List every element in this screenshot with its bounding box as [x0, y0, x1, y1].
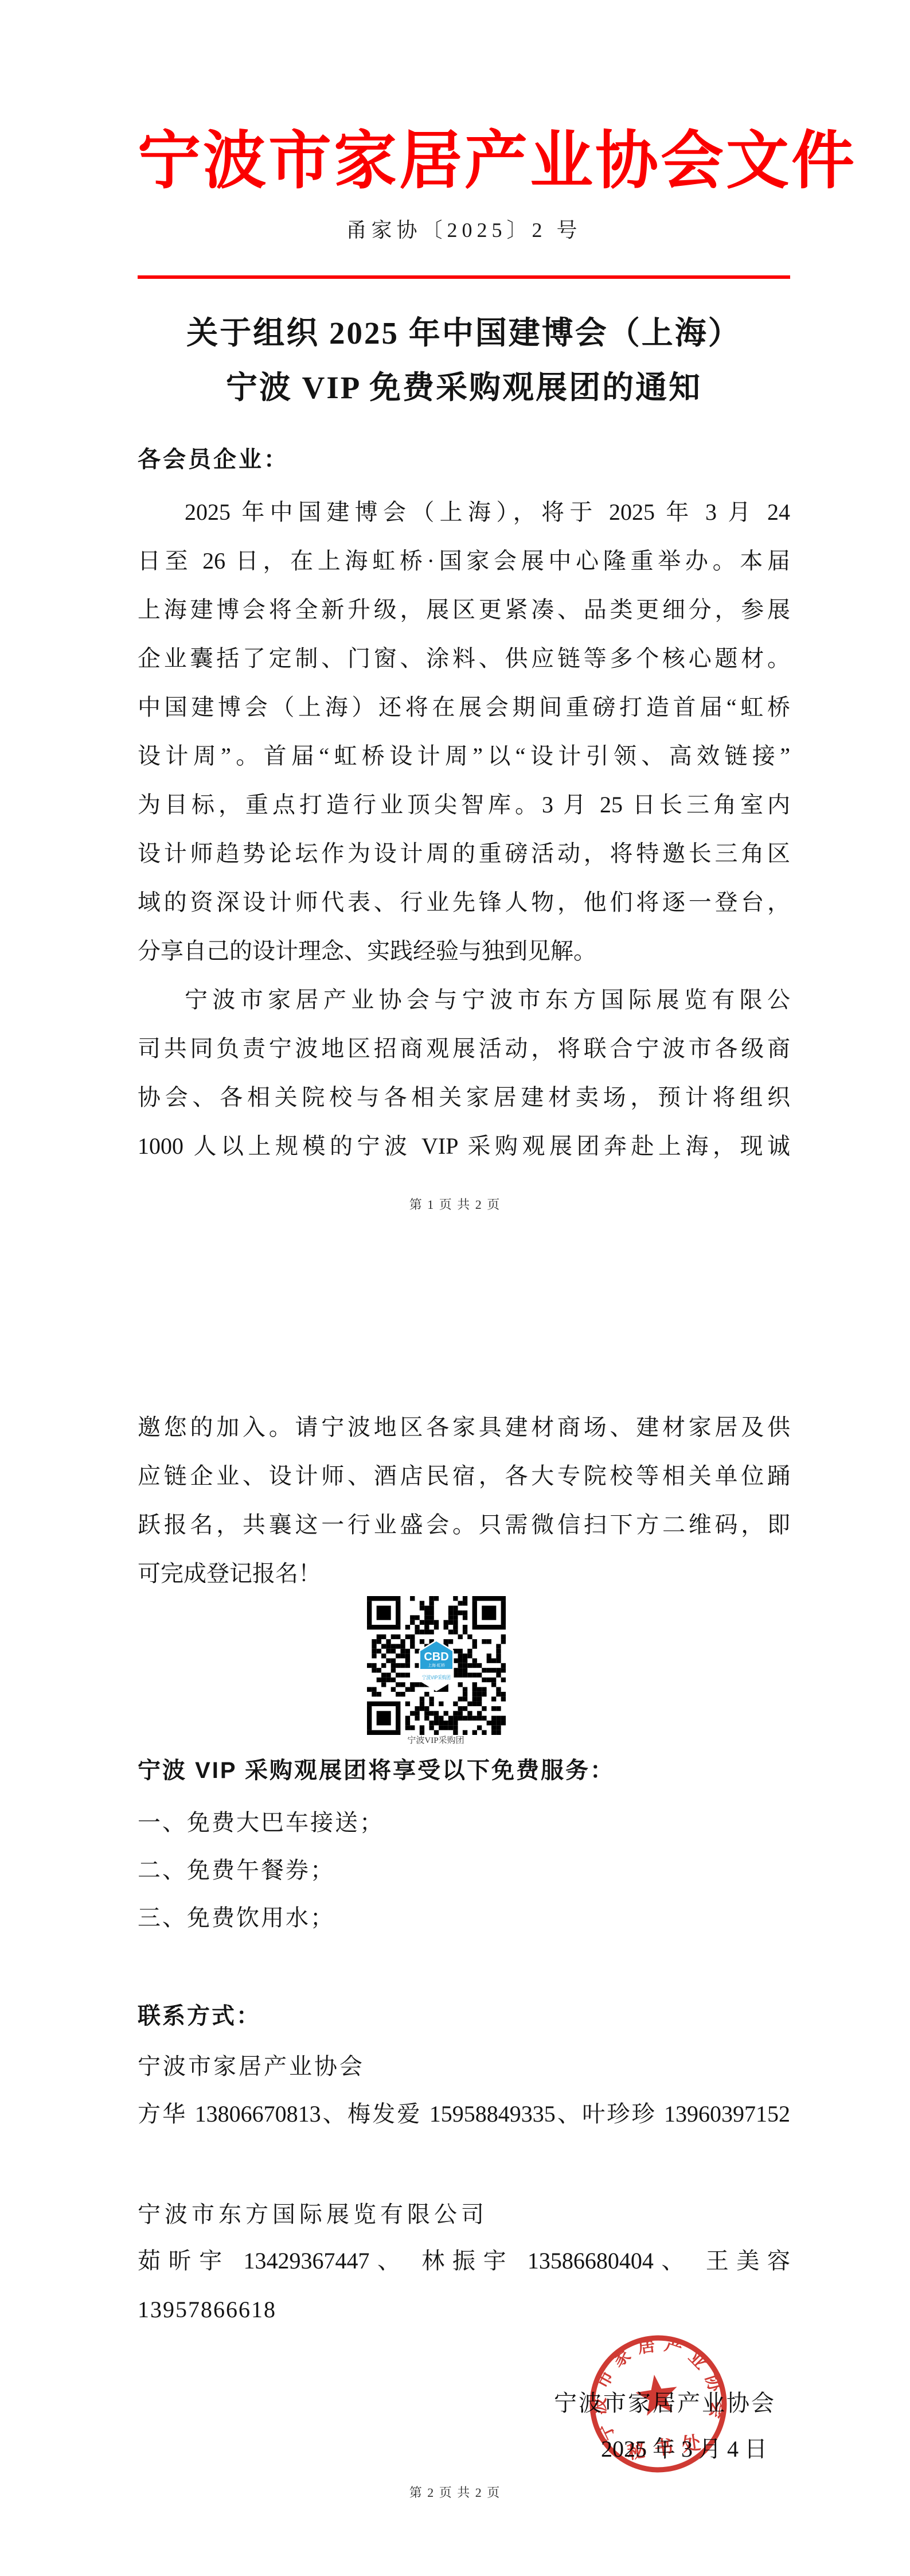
body-line: 日至 26 日，在上海虹桥·国家会展中心隆重举办。本届 — [138, 536, 790, 585]
body-line: 2025 年中国建博会（上海），将于 2025 年 3 月 24 — [138, 488, 790, 536]
body-line: 1000 人以上规模的宁波 VIP 采购观展团奔赴上海，现诚 — [138, 1122, 790, 1170]
body-line: 为目标，重点打造行业顶尖智库。3 月 25 日长三角室内 — [138, 780, 790, 829]
body-line: 中国建博会（上海）还将在展会期间重磅打造首届“虹桥 — [138, 683, 790, 731]
service-item: 二、免费午餐券； — [138, 1846, 790, 1894]
qr-caption: 宁波VIP采购团 — [353, 1735, 519, 1746]
page2-footer: 第 2 页 共 2 页 — [0, 2484, 910, 2501]
body-line: 宁波市家居产业协会与宁波市东方国际展览有限公 — [138, 975, 790, 1024]
body-line: 可完成登记报名！ — [138, 1549, 790, 1598]
page1-footer: 第 1 页 共 2 页 — [0, 1196, 910, 1213]
salutation: 各会员企业： — [138, 435, 790, 484]
qr-logo-brand: CBD — [424, 1651, 448, 1663]
services-list: 一、免费大巴车接送； 二、免费午餐券； 三、免费饮用水； — [138, 1799, 790, 1941]
body-line: 域的资深设计师代表、行业先锋人物，他们将逐一登台， — [138, 878, 790, 927]
contact-org2-name: 宁波市东方国际展览有限公司 — [138, 2190, 790, 2239]
official-seal: 宁波市家居产业协会 秘书处 — [586, 2332, 731, 2476]
body-line: 上海建博会将全新升级，展区更紧凑、品类更细分，参展 — [138, 585, 790, 634]
qr-code-image: CBD 上海·虹桥 宁波VIP采购团 — [367, 1596, 506, 1735]
body-line: 跃报名，共襄这一行业盛会。只需微信扫下方二维码，即 — [138, 1500, 790, 1549]
notice-title-line1: 关于组织 2025 年中国建博会（上海） — [138, 306, 790, 360]
service-item: 三、免费饮用水； — [138, 1894, 790, 1941]
body-line: 邀您的加入。请宁波地区各家具建材商场、建材家居及供 — [138, 1403, 790, 1452]
services-heading: 宁波 VIP 采购观展团将享受以下免费服务： — [138, 1746, 790, 1795]
body-page2: 邀您的加入。请宁波地区各家具建材商场、建材家居及供 应链企业、设计师、酒店民宿，… — [138, 1403, 790, 1598]
body-line: 应链企业、设计师、酒店民宿，各大专院校等相关单位踊 — [138, 1452, 790, 1500]
seal-star-icon — [634, 2372, 681, 2417]
body-line: 企业囊括了定制、门窗、涂料、供应链等多个核心题材。 — [138, 634, 790, 683]
contact-org2-phones-line1: 茹昕宇 13429367447、 林振宇 13586680404、 王美容 — [138, 2236, 790, 2285]
contact-heading: 联系方式： — [138, 1992, 790, 2041]
body-page1: 2025 年中国建博会（上海），将于 2025 年 3 月 24 日至 26 日… — [138, 488, 790, 1170]
notice-title-line2: 宁波 VIP 免费采购观展团的通知 — [138, 360, 790, 415]
document-number: 甬家协〔2025〕2 号 — [138, 216, 790, 244]
qr-logo-sub: 上海·虹桥 — [428, 1663, 445, 1668]
contact-org1-phones: 方华 13806670813、梅发爱 15958849335、叶珍珍 13960… — [138, 2089, 790, 2138]
qr-center-logo: CBD 上海·虹桥 宁波VIP采购团 — [420, 1641, 452, 1690]
body-line: 设计师趋势论坛作为设计周的重磅活动，将特邀长三角区 — [138, 829, 790, 878]
letterhead-divider — [138, 275, 790, 279]
body-line: 分享自己的设计理念、实践经验与独到见解。 — [138, 927, 790, 975]
service-item: 一、免费大巴车接送； — [138, 1799, 790, 1846]
registration-qr-code: CBD 上海·虹桥 宁波VIP采购团 — [367, 1596, 506, 1738]
document-page: 宁波市家居产业协会文件 甬家协〔2025〕2 号 关于组织 2025 年中国建博… — [0, 0, 910, 2576]
letterhead-title: 宁波市家居产业协会文件 — [138, 124, 790, 199]
qr-logo-label: 宁波VIP采购团 — [422, 1674, 451, 1680]
contact-org1-name: 宁波市家居产业协会 — [138, 2042, 790, 2091]
body-line: 设计周”。首届“虹桥设计周”以“设计引领、高效链接” — [138, 731, 790, 780]
body-line: 协会、各相关院校与各相关家居建材卖场，预计将组织 — [138, 1073, 790, 1122]
body-line: 司共同负责宁波地区招商观展活动，将联合宁波市各级商 — [138, 1024, 790, 1073]
contact-org2-phones-line2: 13957866618 — [138, 2285, 790, 2334]
